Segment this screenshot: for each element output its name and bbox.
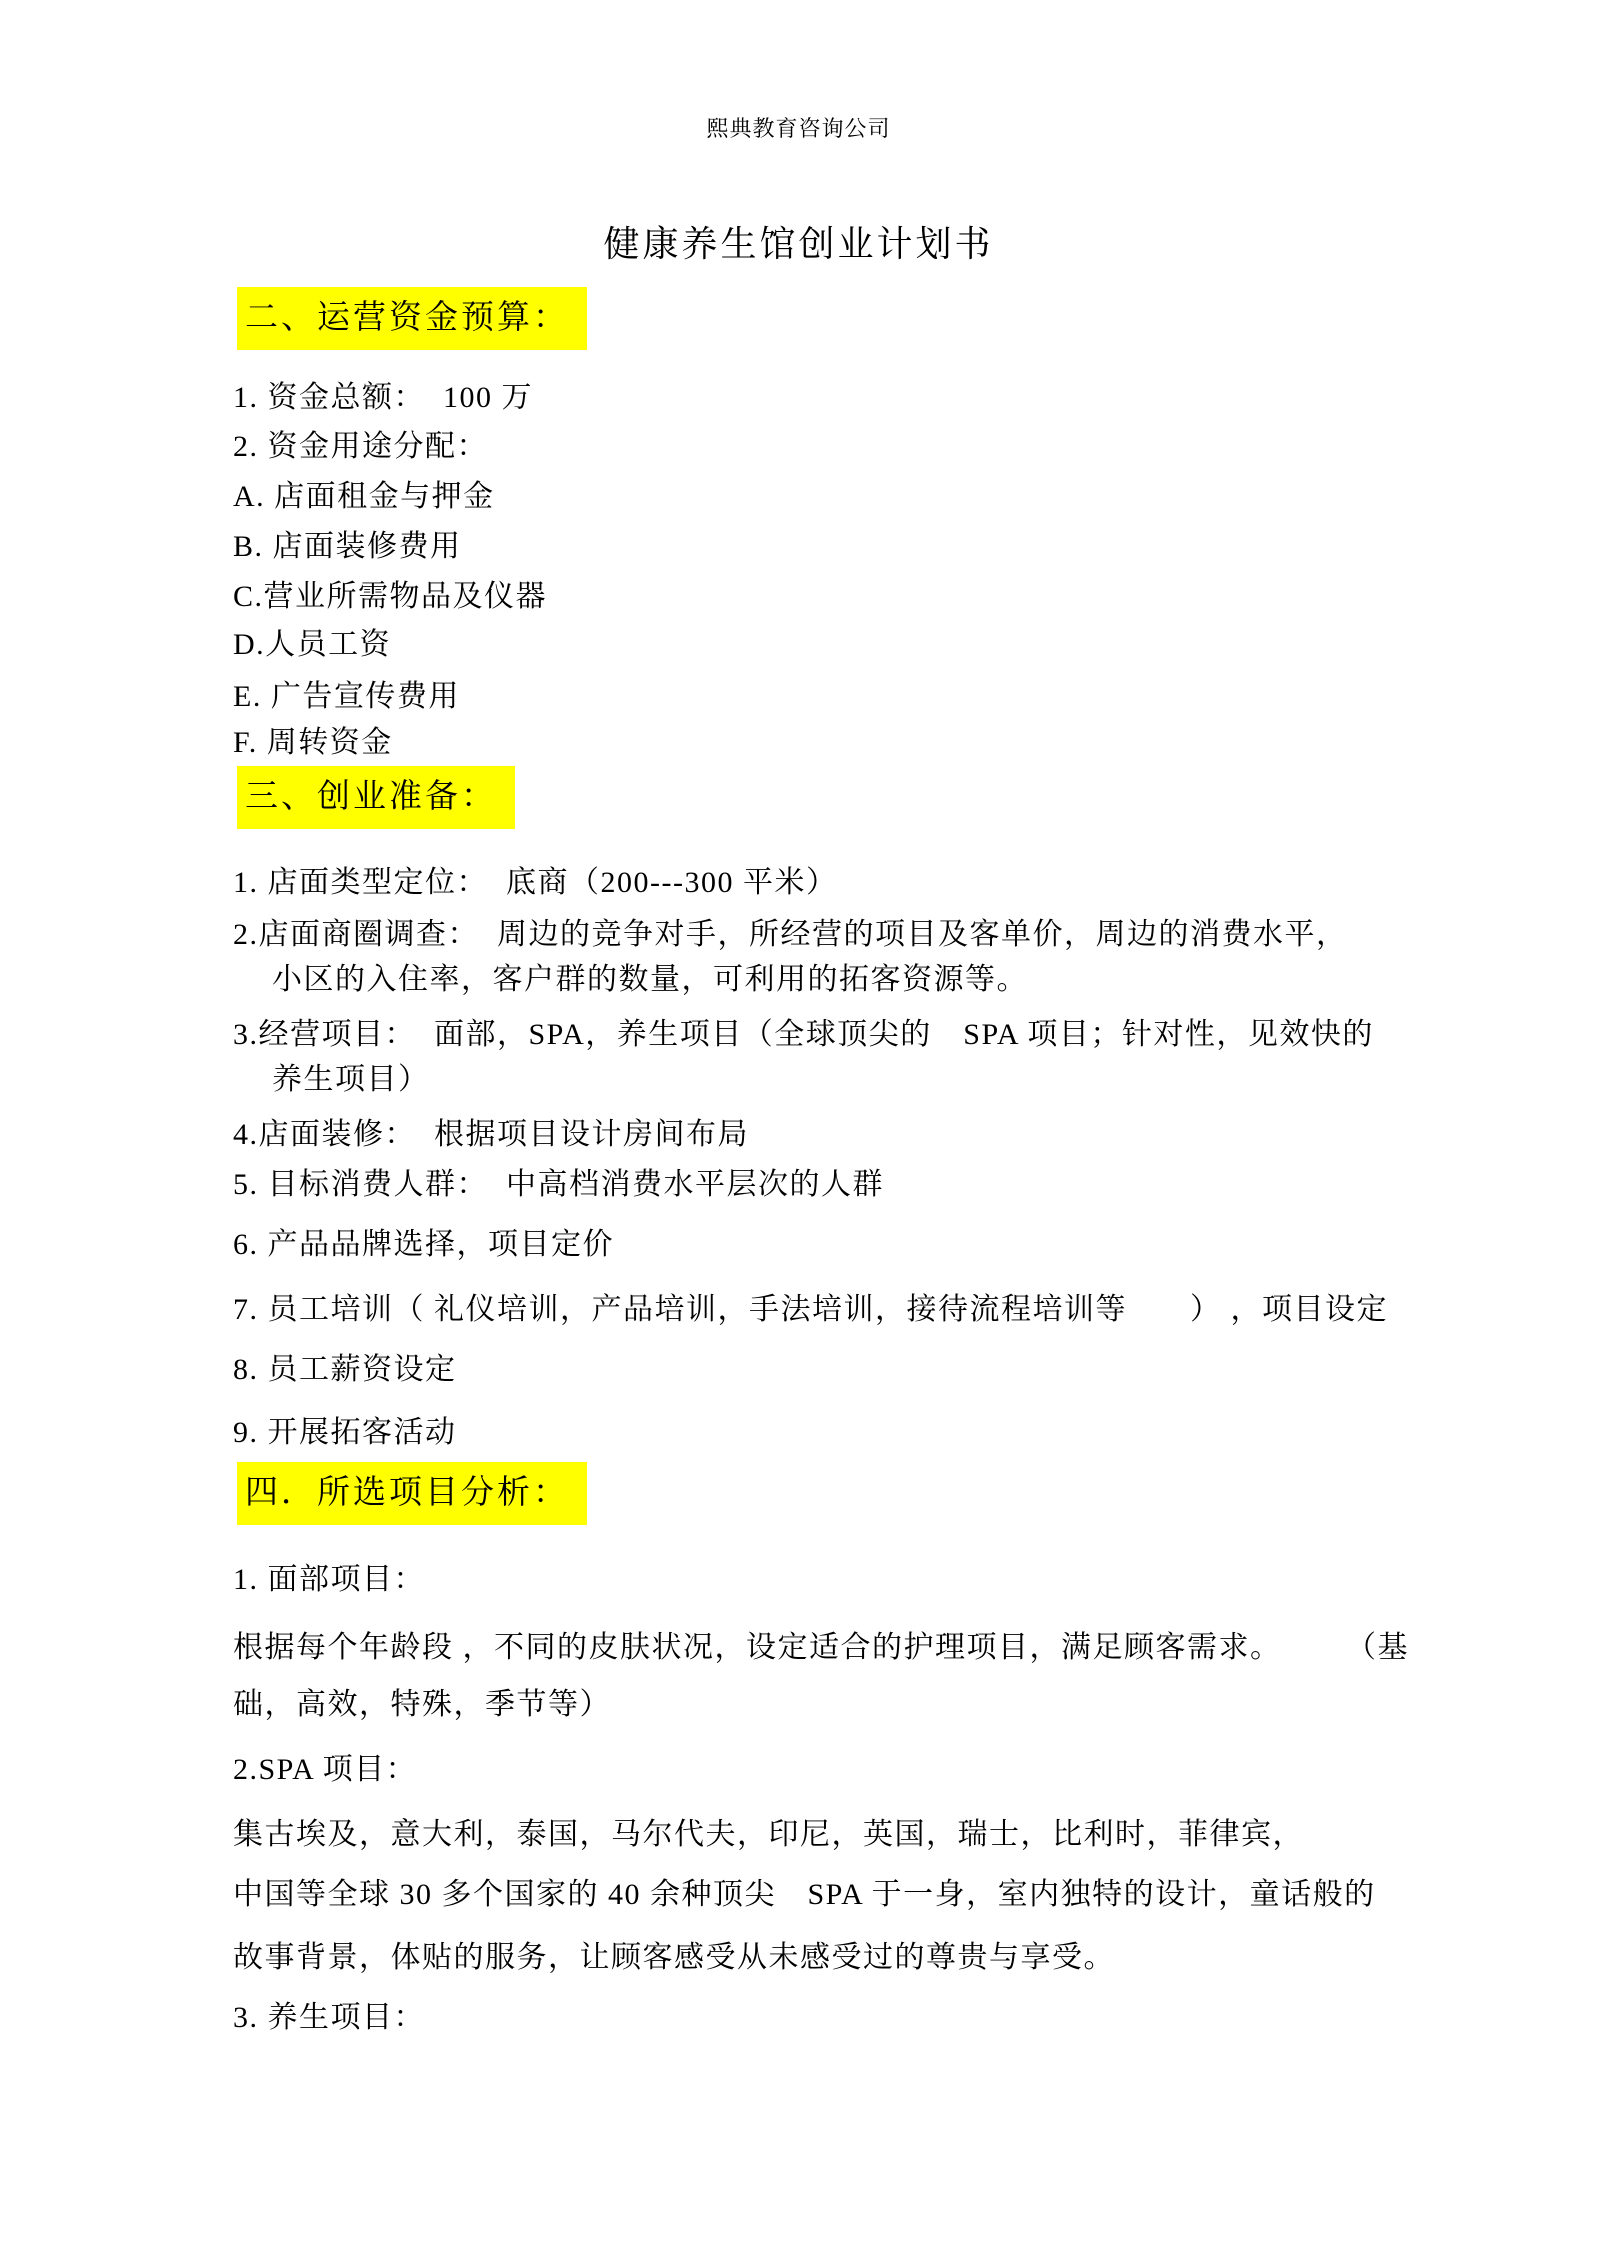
doc-line: 7. 员工培训（ 礼仪培训，产品培训，手法培训，接待流程培训等 ） ，项目设定	[233, 1290, 1388, 1330]
section-heading-budget: 二、运营资金预算：	[237, 287, 587, 350]
doc-line: 小区的入住率，客户群的数量，可利用的拓客资源等。	[272, 960, 1028, 1000]
doc-line: 6. 产品品牌选择，项目定价	[233, 1225, 614, 1265]
document-page: 熙典教育咨询公司 健康养生馆创业计划书 二、运营资金预算： 1. 资金总额： 1…	[0, 0, 1597, 2257]
doc-line: F. 周转资金	[233, 723, 393, 763]
company-header: 熙典教育咨询公司	[0, 112, 1597, 143]
doc-line: 中国等全球 30 多个国家的 40 余种顶尖 SPA 于一身，室内独特的设计，童…	[233, 1875, 1376, 1915]
doc-line: 5. 目标消费人群： 中高档消费水平层次的人群	[233, 1165, 884, 1205]
doc-line: 1. 店面类型定位： 底商（200---300 平米）	[233, 863, 837, 903]
doc-line: A. 店面租金与押金	[233, 477, 495, 517]
page-title: 健康养生馆创业计划书	[0, 216, 1597, 267]
doc-line: E. 广告宣传费用	[233, 677, 460, 717]
doc-line: 础，高效，特殊，季节等）	[233, 1685, 611, 1725]
doc-line: 8. 员工薪资设定	[233, 1350, 457, 1390]
doc-line: C.营业所需物品及仪器	[233, 577, 547, 617]
doc-line: 2. 资金用途分配：	[233, 427, 488, 467]
doc-line: 3. 养生项目：	[233, 1998, 425, 2038]
doc-line: 2.店面商圈调查： 周边的竞争对手，所经营的项目及客单价，周边的消费水平，	[233, 915, 1348, 955]
doc-line: 9. 开展拓客活动	[233, 1413, 457, 1453]
doc-line: 养生项目）	[272, 1060, 430, 1100]
doc-line: 4.店面装修： 根据项目设计房间布局	[233, 1115, 749, 1155]
doc-line: 根据每个年龄段 ，不同的皮肤状况，设定适合的护理项目，满足顾客需求。 （基	[233, 1628, 1409, 1668]
doc-line: 3.经营项目： 面部，SPA，养生项目（全球顶尖的 SPA 项目；针对性，见效快…	[233, 1015, 1374, 1055]
doc-line: B. 店面装修费用	[233, 527, 462, 567]
section-heading-analysis: 四．所选项目分析：	[237, 1462, 587, 1525]
doc-line: 1. 资金总额： 100 万	[233, 378, 533, 418]
doc-line: 1. 面部项目：	[233, 1560, 425, 1600]
doc-line: 集古埃及，意大利，泰国，马尔代夫，印尼，英国，瑞士，比利时，菲律宾，	[233, 1815, 1304, 1855]
doc-line: 2.SPA 项目：	[233, 1750, 417, 1790]
doc-line: D.人员工资	[233, 625, 391, 665]
section-heading-preparation: 三、创业准备：	[237, 766, 515, 829]
doc-line: 故事背景，体贴的服务，让顾客感受从未感受过的尊贵与享受。	[233, 1938, 1115, 1978]
